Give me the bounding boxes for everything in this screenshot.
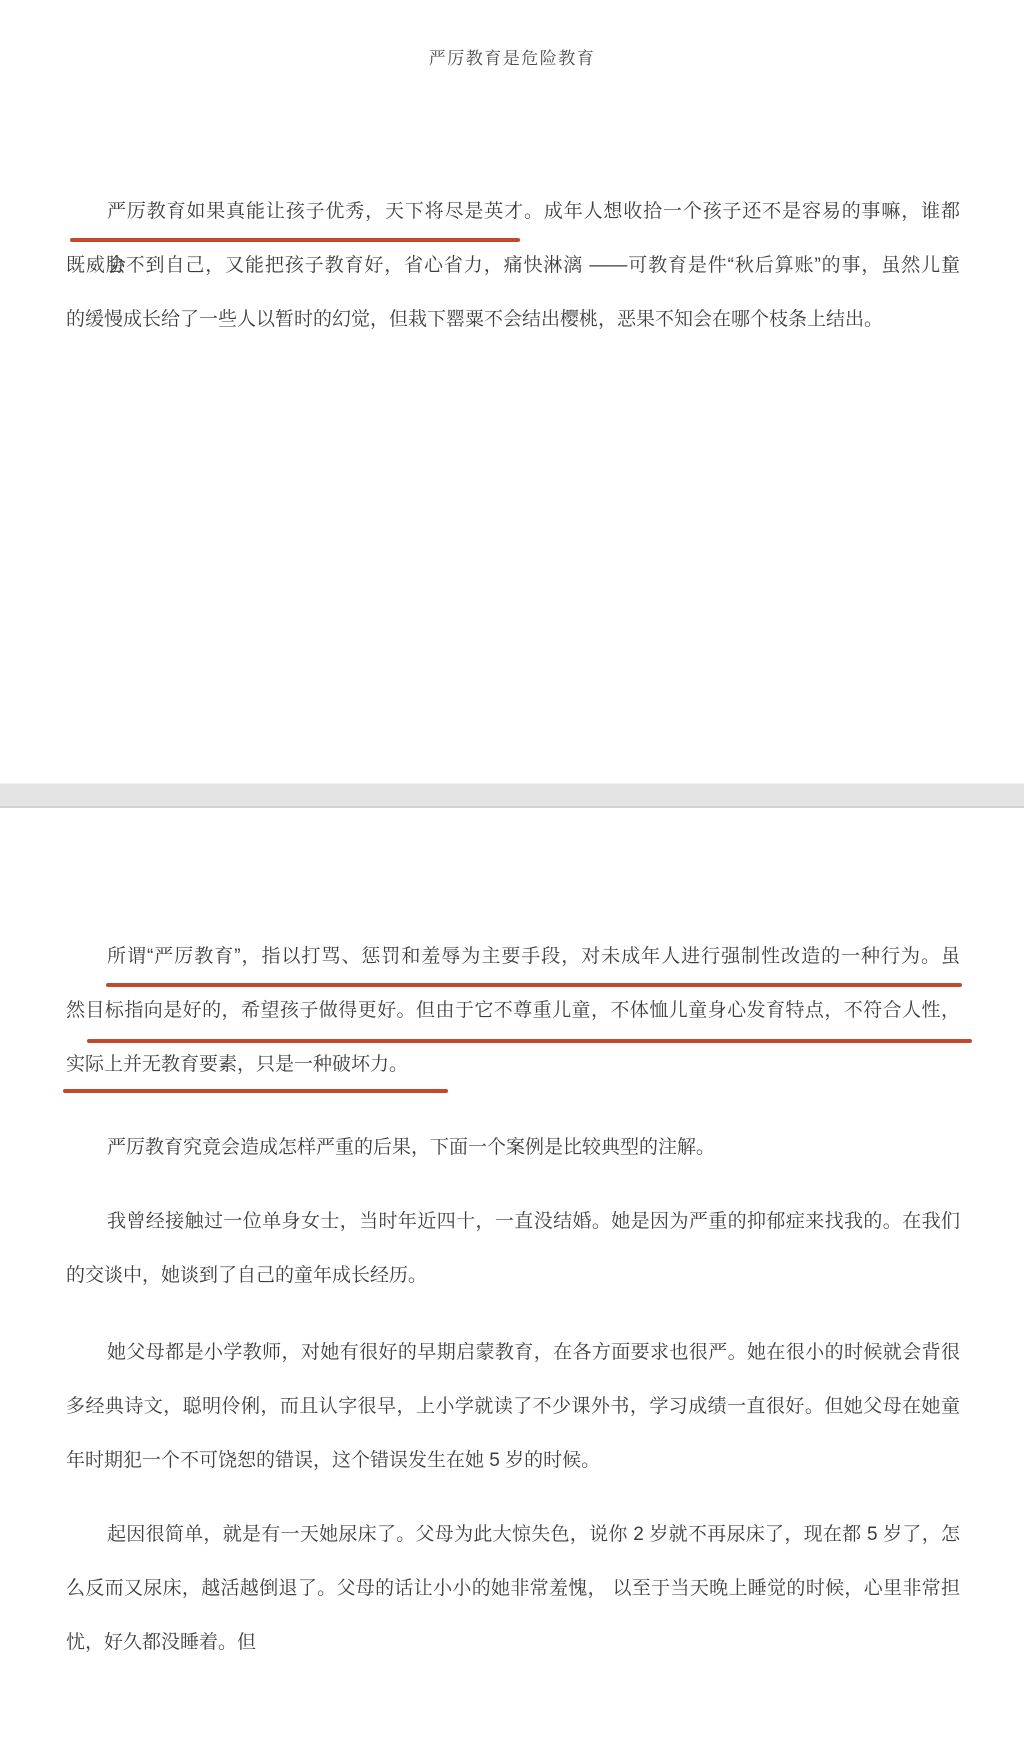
paragraph: 严厉教育究竟会造成怎样严重的后果，下面一个案例是比较典型的注解。 (66, 1121, 960, 1175)
text-line: 忧，好久都没睡着。但 (66, 1616, 960, 1670)
text-line: 么反而又尿床，越活越倒退了。父母的话让小小的她非常羞愧， 以至于当天晚上睡觉的时… (66, 1562, 960, 1616)
text-line: 的缓慢成长给了一些人以暂时的幻觉，但栽下罂粟不会结出樱桃，恶果不知会在哪个枝条上… (66, 293, 960, 347)
document-page-2: 所谓“严厉教育”，指以打骂、惩罚和羞辱为主要手段，对未成年人进行强制性改造的一种… (0, 808, 1024, 1755)
paragraph: 所谓“严厉教育”，指以打骂、惩罚和羞辱为主要手段，对未成年人进行强制性改造的一种… (66, 930, 960, 1092)
text-line: 所谓“严厉教育”，指以打骂、惩罚和羞辱为主要手段，对未成年人进行强制性改造的一种… (66, 930, 960, 984)
highlight-underline[interactable] (70, 238, 520, 242)
document-viewer: 严厉教育是危险教育 严厉教育如果真能让孩子优秀，天下将尽是英才。成年人想收拾一个… (0, 0, 1024, 1755)
paragraph: 她父母都是小学教师，对她有很好的早期启蒙教育，在各方面要求也很严。她在很小的时候… (66, 1326, 960, 1488)
text-line: 起因很简单，就是有一天她尿床了。父母为此大惊失色，说你 2 岁就不再尿床了，现在… (66, 1508, 960, 1562)
paragraph: 严厉教育如果真能让孩子优秀，天下将尽是英才。成年人想收拾一个孩子还不是容易的事嘛… (66, 185, 960, 347)
text-line: 的交谈中，她谈到了自己的童年成长经历。 (66, 1249, 960, 1303)
page-gap (0, 783, 1024, 808)
highlight-underline[interactable] (87, 1039, 972, 1043)
document-page-1: 严厉教育是危险教育 严厉教育如果真能让孩子优秀，天下将尽是英才。成年人想收拾一个… (0, 0, 1024, 783)
text-line: 严厉教育究竟会造成怎样严重的后果，下面一个案例是比较典型的注解。 (66, 1121, 960, 1175)
text-line: 严厉教育如果真能让孩子优秀，天下将尽是英才。成年人想收拾一个孩子还不是容易的事嘛… (66, 185, 960, 239)
text-line: 我曾经接触过一位单身女士，当时年近四十，一直没结婚。她是因为严重的抑郁症来找我的… (66, 1195, 960, 1249)
page-title: 严厉教育是危险教育 (0, 44, 1024, 69)
text-line: 她父母都是小学教师，对她有很好的早期启蒙教育，在各方面要求也很严。她在很小的时候… (66, 1326, 960, 1380)
paragraph: 起因很简单，就是有一天她尿床了。父母为此大惊失色，说你 2 岁就不再尿床了，现在… (66, 1508, 960, 1670)
paragraph: 我曾经接触过一位单身女士，当时年近四十，一直没结婚。她是因为严重的抑郁症来找我的… (66, 1195, 960, 1303)
highlight-underline[interactable] (106, 983, 962, 987)
text-line: 然目标指向是好的，希望孩子做得更好。但由于它不尊重儿童，不体恤儿童身心发育特点，… (66, 984, 960, 1038)
text-line: 多经典诗文，聪明伶俐，而且认字很早，上小学就读了不少课外书，学习成绩一直很好。但… (66, 1380, 960, 1434)
text-line: 年时期犯一个不可饶恕的错误，这个错误发生在她 5 岁的时候。 (66, 1434, 960, 1488)
text-line: 既威胁不到自己，又能把孩子教育好，省心省力，痛快淋漓 ——可教育是件“秋后算账”… (66, 239, 960, 293)
highlight-underline[interactable] (63, 1089, 448, 1093)
text-line: 实际上并无教育要素，只是一种破坏力。 (66, 1038, 960, 1092)
